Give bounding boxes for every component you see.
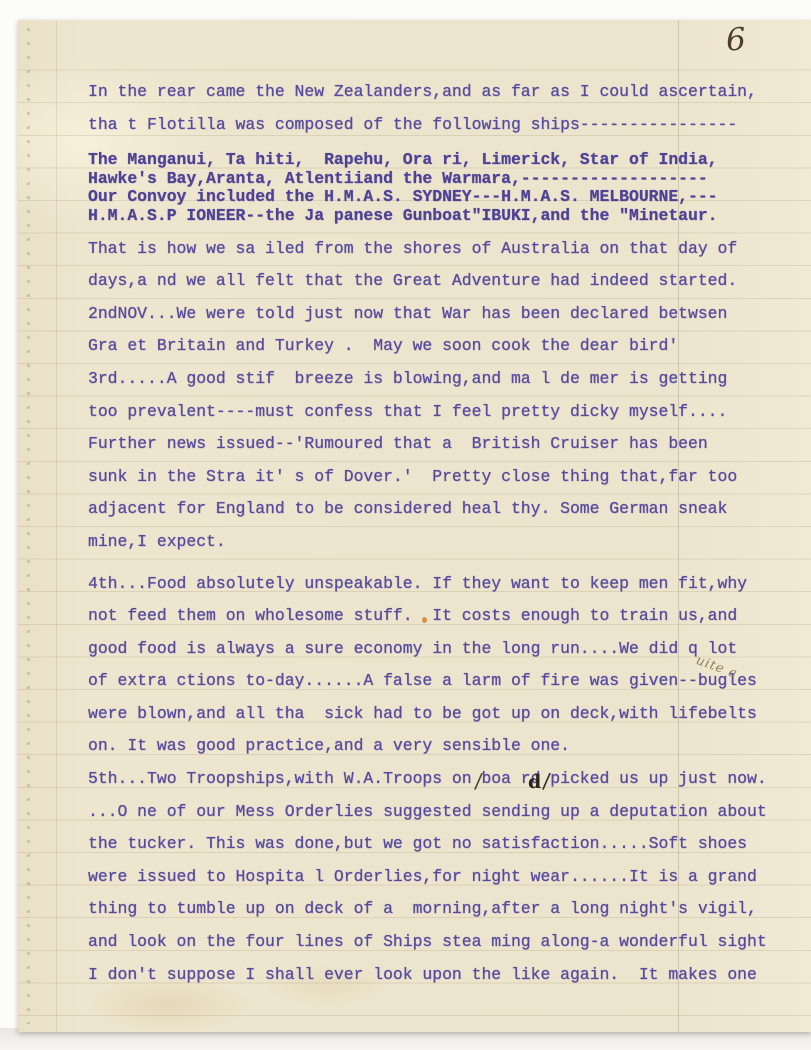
paragraph-entries: 4th...Food absolutely unspeakable. If th… [88, 568, 767, 992]
typed-line: I don't suppose I shall ever look upon t… [88, 959, 767, 992]
typed-line: The Manganui, Ta hiti, Rapehu, Ora ri, L… [88, 151, 767, 170]
typed-line: the tucker. This was done,but we got no … [88, 828, 767, 861]
handwritten-page-number: 6 [725, 21, 747, 58]
typed-line: of extra ctions to-day......A false a la… [88, 665, 767, 698]
paper-stain [422, 617, 427, 623]
typed-line: Our Convoy included the H.M.A.S. SYDNEY-… [88, 188, 767, 207]
typed-line: and look on the four lines of Ships stea… [88, 926, 767, 959]
binding-crease [56, 20, 57, 1032]
typed-line: were blown,and all tha sick had to be go… [88, 698, 767, 731]
typed-line: days,a nd we all felt that the Great Adv… [88, 265, 767, 298]
perforation-edge [27, 28, 30, 1024]
typed-line: too prevalent----must confess that I fee… [88, 396, 767, 429]
typed-line: not feed them on wholesome stuff. It cos… [88, 600, 767, 633]
typed-line: adjacent for England to be considered he… [88, 493, 767, 526]
paragraph-intro: In the rear came the New Zealanders,and … [88, 76, 767, 141]
typed-line: mine,I expect. [88, 526, 767, 559]
typed-line: were issued to Hospita l Orderlies,for n… [88, 861, 767, 894]
paragraph-ship-list: The Manganui, Ta hiti, Rapehu, Ora ri, L… [88, 151, 767, 225]
typed-line: thing to tumble up on deck of a morning,… [88, 893, 767, 926]
typed-line: In the rear came the New Zealanders,and … [88, 76, 767, 109]
typed-line: That is how we sa iled from the shores o… [88, 233, 767, 266]
paragraph-voyage: That is how we sa iled from the shores o… [88, 233, 767, 559]
typed-line: 4th...Food absolutely unspeakable. If th… [88, 568, 767, 601]
typed-line: 5th...Two Troopships,with W.A.Troops on … [88, 763, 767, 796]
typed-line: Gra et Britain and Turkey . May we soon … [88, 330, 767, 363]
typed-line: on. It was good practice,and a very sens… [88, 730, 767, 763]
typed-line: Further news issued--'Rumoured that a Br… [88, 428, 767, 461]
typed-text: In the rear came the New Zealanders,and … [88, 76, 767, 991]
typed-line: good food is always a sure economy in th… [88, 633, 767, 666]
diary-page: 6 In the rear came the New Zealanders,an… [18, 20, 811, 1032]
typed-line: 3rd.....A good stif breeze is blowing,an… [88, 363, 767, 396]
typed-line: H.M.A.S.P IONEER--the Ja panese Gunboat"… [88, 207, 767, 226]
typed-line: ...O ne of our Mess Orderlies suggested … [88, 796, 767, 829]
pencil-overwrite-letter: d [528, 771, 541, 793]
typed-line: Hawke's Bay,Aranta, Atlentiiand the Warm… [88, 170, 767, 189]
typed-line: tha t Flotilla was composed of the follo… [88, 109, 767, 142]
typed-line: sunk in the Stra it' s of Dover.' Pretty… [88, 461, 767, 494]
typed-line: 2ndNOV...We were told just now that War … [88, 298, 767, 331]
